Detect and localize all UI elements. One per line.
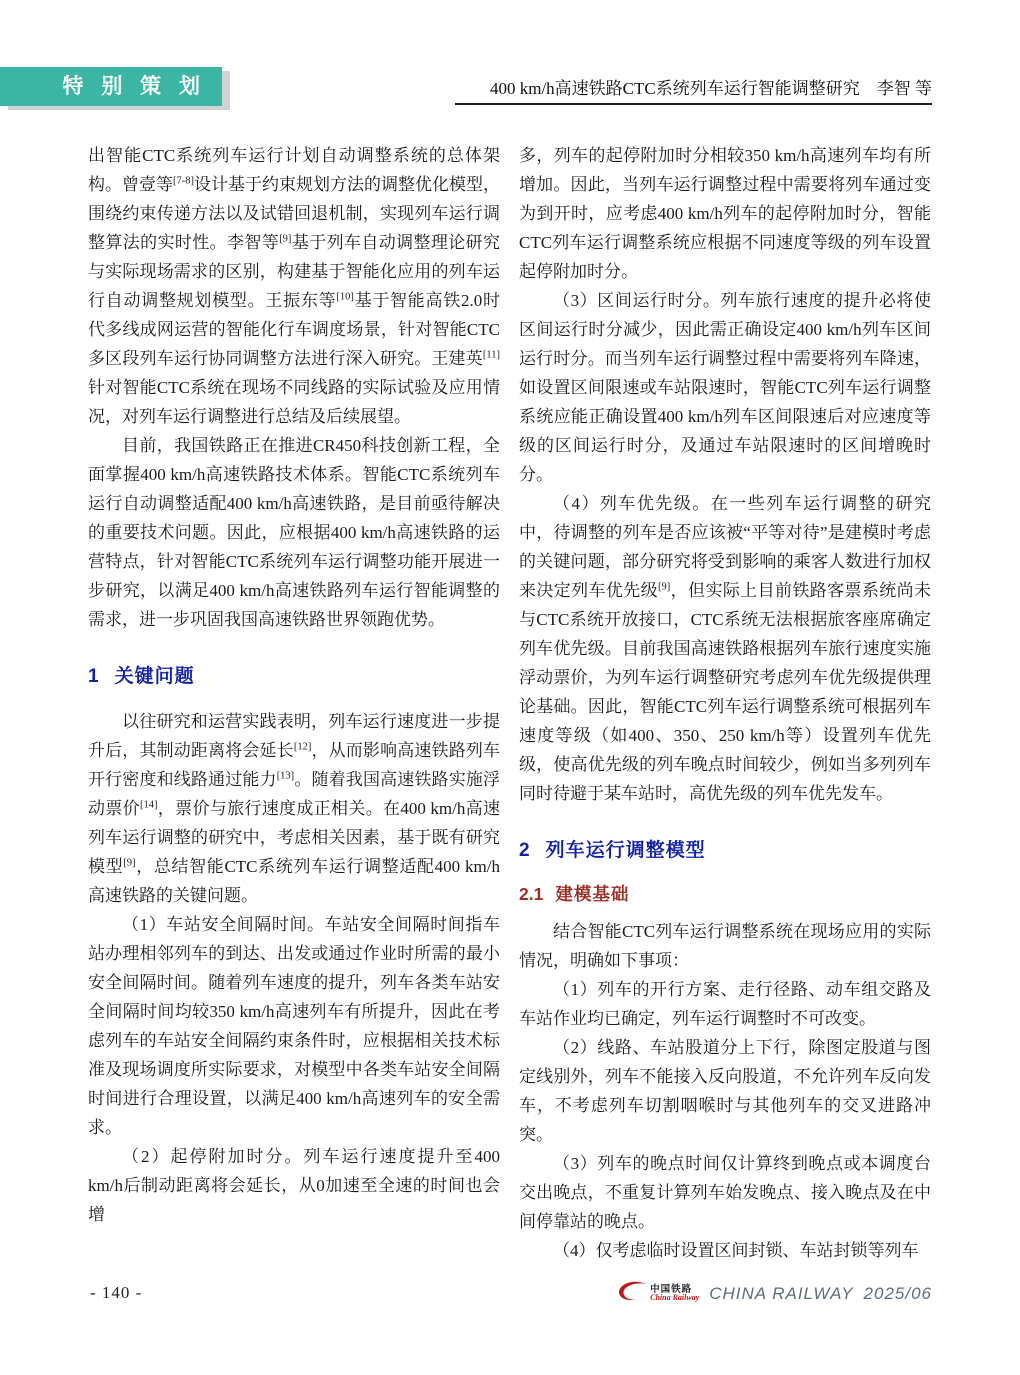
reference-superscript: [12]: [294, 741, 312, 752]
reference-superscript: [13]: [277, 770, 295, 781]
left-column: 出智能CTC系统列车运行计划自动调整系统的总体架构。曾壹等[7-8]设计基于约束…: [88, 141, 500, 1229]
special-feature-banner: 特 别 策 划: [0, 67, 222, 106]
logo-swoosh-icon: [617, 1280, 647, 1307]
reference-superscript: [10]: [336, 291, 354, 302]
running-title: 400 km/h高速铁路CTC系统列车运行智能调整研究 李智 等: [490, 74, 932, 99]
logo-en-text: China Railway: [650, 1294, 699, 1302]
section-title: 建模基础: [555, 884, 629, 904]
footer-journal-mark: 中国铁路 China Railway CHINA RAILWAY 2025/06: [617, 1280, 932, 1307]
reference-superscript: [14]: [140, 799, 158, 810]
reference-superscript: [7-8]: [173, 175, 194, 186]
header-rule: [455, 103, 932, 105]
paragraph: 出智能CTC系统列车运行计划自动调整系统的总体架构。曾壹等[7-8]设计基于约束…: [88, 141, 500, 431]
section-heading-2: 2列车运行调整模型: [519, 835, 931, 862]
paragraph: （2）起停附加时分。列车运行速度提升至400 km/h后制动距离将会延长，从0加…: [88, 1142, 500, 1229]
section-title: 关键问题: [115, 666, 195, 687]
section-heading-2.1: 2.1建模基础: [519, 881, 931, 906]
reference-superscript: [11]: [483, 349, 500, 360]
paragraph: 结合智能CTC列车运行调整系统在现场应用的实际情况，明确如下事项：: [519, 917, 931, 975]
section-number: 2.1: [519, 884, 543, 904]
issue-number: 2025/06: [864, 1284, 932, 1304]
reference-superscript: [9]: [658, 581, 670, 592]
journal-name: CHINA RAILWAY: [709, 1284, 853, 1304]
section-title: 列车运行调整模型: [546, 840, 706, 861]
reference-superscript: [9]: [279, 233, 291, 244]
section-number: 1: [88, 666, 99, 687]
paragraph: （1）车站安全间隔时间。车站安全间隔时间指车站办理相邻列车的到达、出发或通过作业…: [88, 910, 500, 1142]
page-number: - 140 -: [90, 1283, 142, 1303]
paragraph: （1）列车的开行方案、走行径路、动车组交路及车站作业均已确定，列车运行调整时不可…: [519, 975, 931, 1033]
paragraph: 多，列车的起停附加时分相较350 km/h高速列车均有所增加。因此，当列车运行调…: [519, 141, 931, 286]
paragraph: （4）仅考虑临时设置区间封锁、车站封锁等列车: [519, 1236, 931, 1265]
paragraph: （4）列车优先级。在一些列车运行调整的研究中，待调整的列车是否应该被“平等对待”…: [519, 489, 931, 808]
section-number: 2: [519, 840, 530, 861]
paragraph: 目前，我国铁路正在推进CR450科技创新工程，全面掌握400 km/h高速铁路技…: [88, 431, 500, 634]
china-railway-logo: 中国铁路 China Railway: [617, 1280, 699, 1307]
right-column: 多，列车的起停附加时分相较350 km/h高速列车均有所增加。因此，当列车运行调…: [519, 141, 931, 1265]
paragraph: （3）列车的晚点时间仅计算终到晚点或本调度台交出晚点，不重复计算列车始发晚点、接…: [519, 1149, 931, 1236]
paragraph: 以往研究和运营实践表明，列车运行速度进一步提升后，其制动距离将会延长[12]，从…: [88, 707, 500, 910]
reference-superscript: [9]: [123, 857, 135, 868]
paragraph: （3）区间运行时分。列车旅行速度的提升必将使区间运行时分减少，因此需正确设定40…: [519, 286, 931, 489]
paragraph: （2）线路、车站股道分上下行，除图定股道与图定线别外，列车不能接入反向股道，不允…: [519, 1033, 931, 1149]
section-heading-1: 1关键问题: [88, 661, 500, 688]
